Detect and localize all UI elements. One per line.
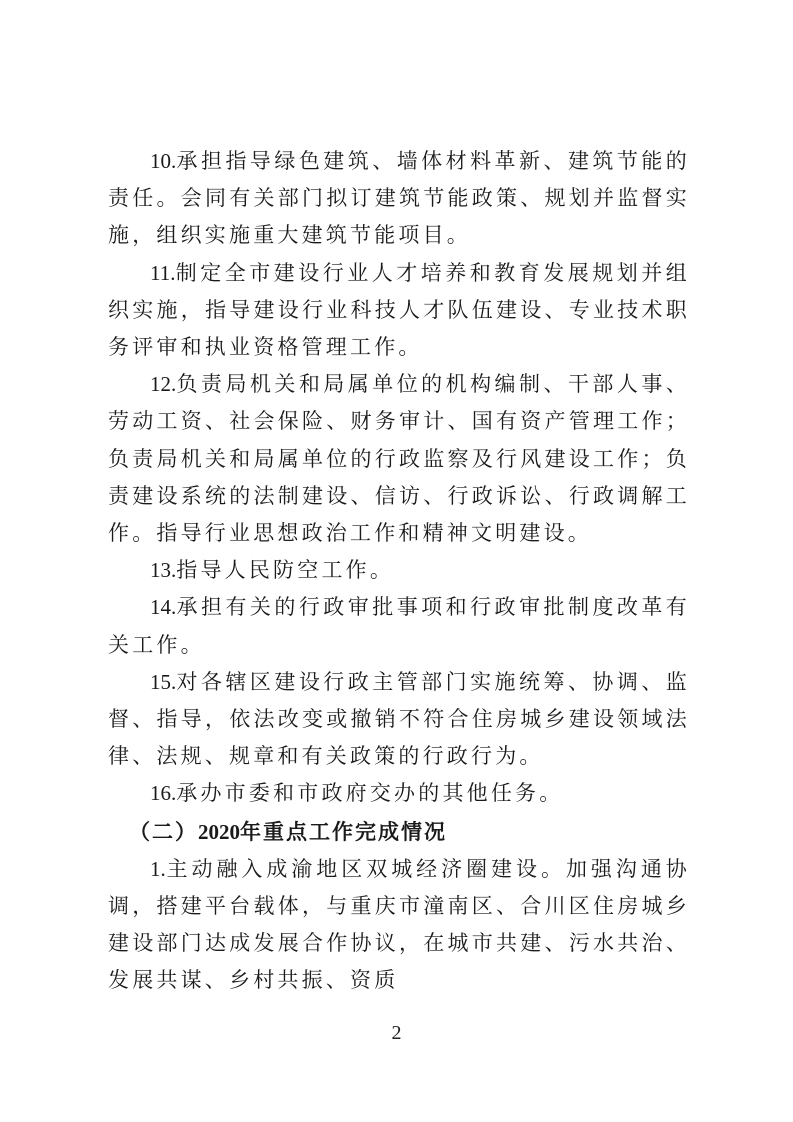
duty-item-16: 16.承办市委和市政府交办的其他任务。 [108,775,690,812]
item-number: 12. [150,372,176,396]
page-number: 2 [0,1022,793,1045]
work-item-1: 1.主动融入成渝地区双城经济圈建设。加强沟通协调，搭建平台载体，与重庆市潼南区、… [108,851,690,1000]
duty-item-13: 13.指导人民防空工作。 [108,552,690,589]
document-body: 10.承担指导绿色建筑、墙体材料革新、建筑节能的责任。会同有关部门拟订建筑节能政… [108,143,690,1000]
item-number: 15. [150,670,176,694]
duty-item-15: 15.对各辖区建设行政主管部门实施统筹、协调、监督、指导，依法改变或撤销不符合住… [108,664,690,776]
duty-item-14: 14.承担有关的行政审批事项和行政审批制度改革有关工作。 [108,589,690,663]
item-number: 11. [150,261,175,285]
item-text: 承担指导绿色建筑、墙体材料革新、建筑节能的责任。会同有关部门拟订建筑节能政策、规… [108,149,690,247]
duty-item-10: 10.承担指导绿色建筑、墙体材料革新、建筑节能的责任。会同有关部门拟订建筑节能政… [108,143,690,255]
item-text: 承担有关的行政审批事项和行政审批制度改革有关工作。 [108,595,690,656]
item-number: 13. [150,558,176,582]
item-number: 1. [150,857,166,881]
heading-suffix: 年重点工作完成情况 [240,819,447,844]
item-number: 10. [150,149,176,173]
heading-prefix: （二） [129,819,198,844]
item-text: 制定全市建设行业人才培养和教育发展规划并组织实施，指导建设行业科技人才队伍建设、… [108,261,690,359]
item-text: 负责局机关和局属单位的机构编制、干部人事、劳动工资、社会保险、财务审计、国有资产… [108,372,690,545]
heading-year: 2020 [198,820,240,844]
duty-item-12: 12.负责局机关和局属单位的机构编制、干部人事、劳动工资、社会保险、财务审计、国… [108,366,690,552]
section-heading: （二）2020年重点工作完成情况 [108,813,690,851]
item-text: 对各辖区建设行政主管部门实施统筹、协调、监督、指导，依法改变或撤销不符合住房城乡… [108,670,690,768]
item-number: 14. [150,595,176,619]
item-text: 指导人民防空工作。 [176,558,394,582]
item-text: 承办市委和市政府交办的其他任务。 [176,781,563,805]
duty-item-11: 11.制定全市建设行业人才培养和教育发展规划并组织实施，指导建设行业科技人才队伍… [108,255,690,367]
item-text: 主动融入成渝地区双城经济圈建设。加强沟通协调，搭建平台载体，与重庆市潼南区、合川… [108,857,690,993]
item-number: 16. [150,781,176,805]
